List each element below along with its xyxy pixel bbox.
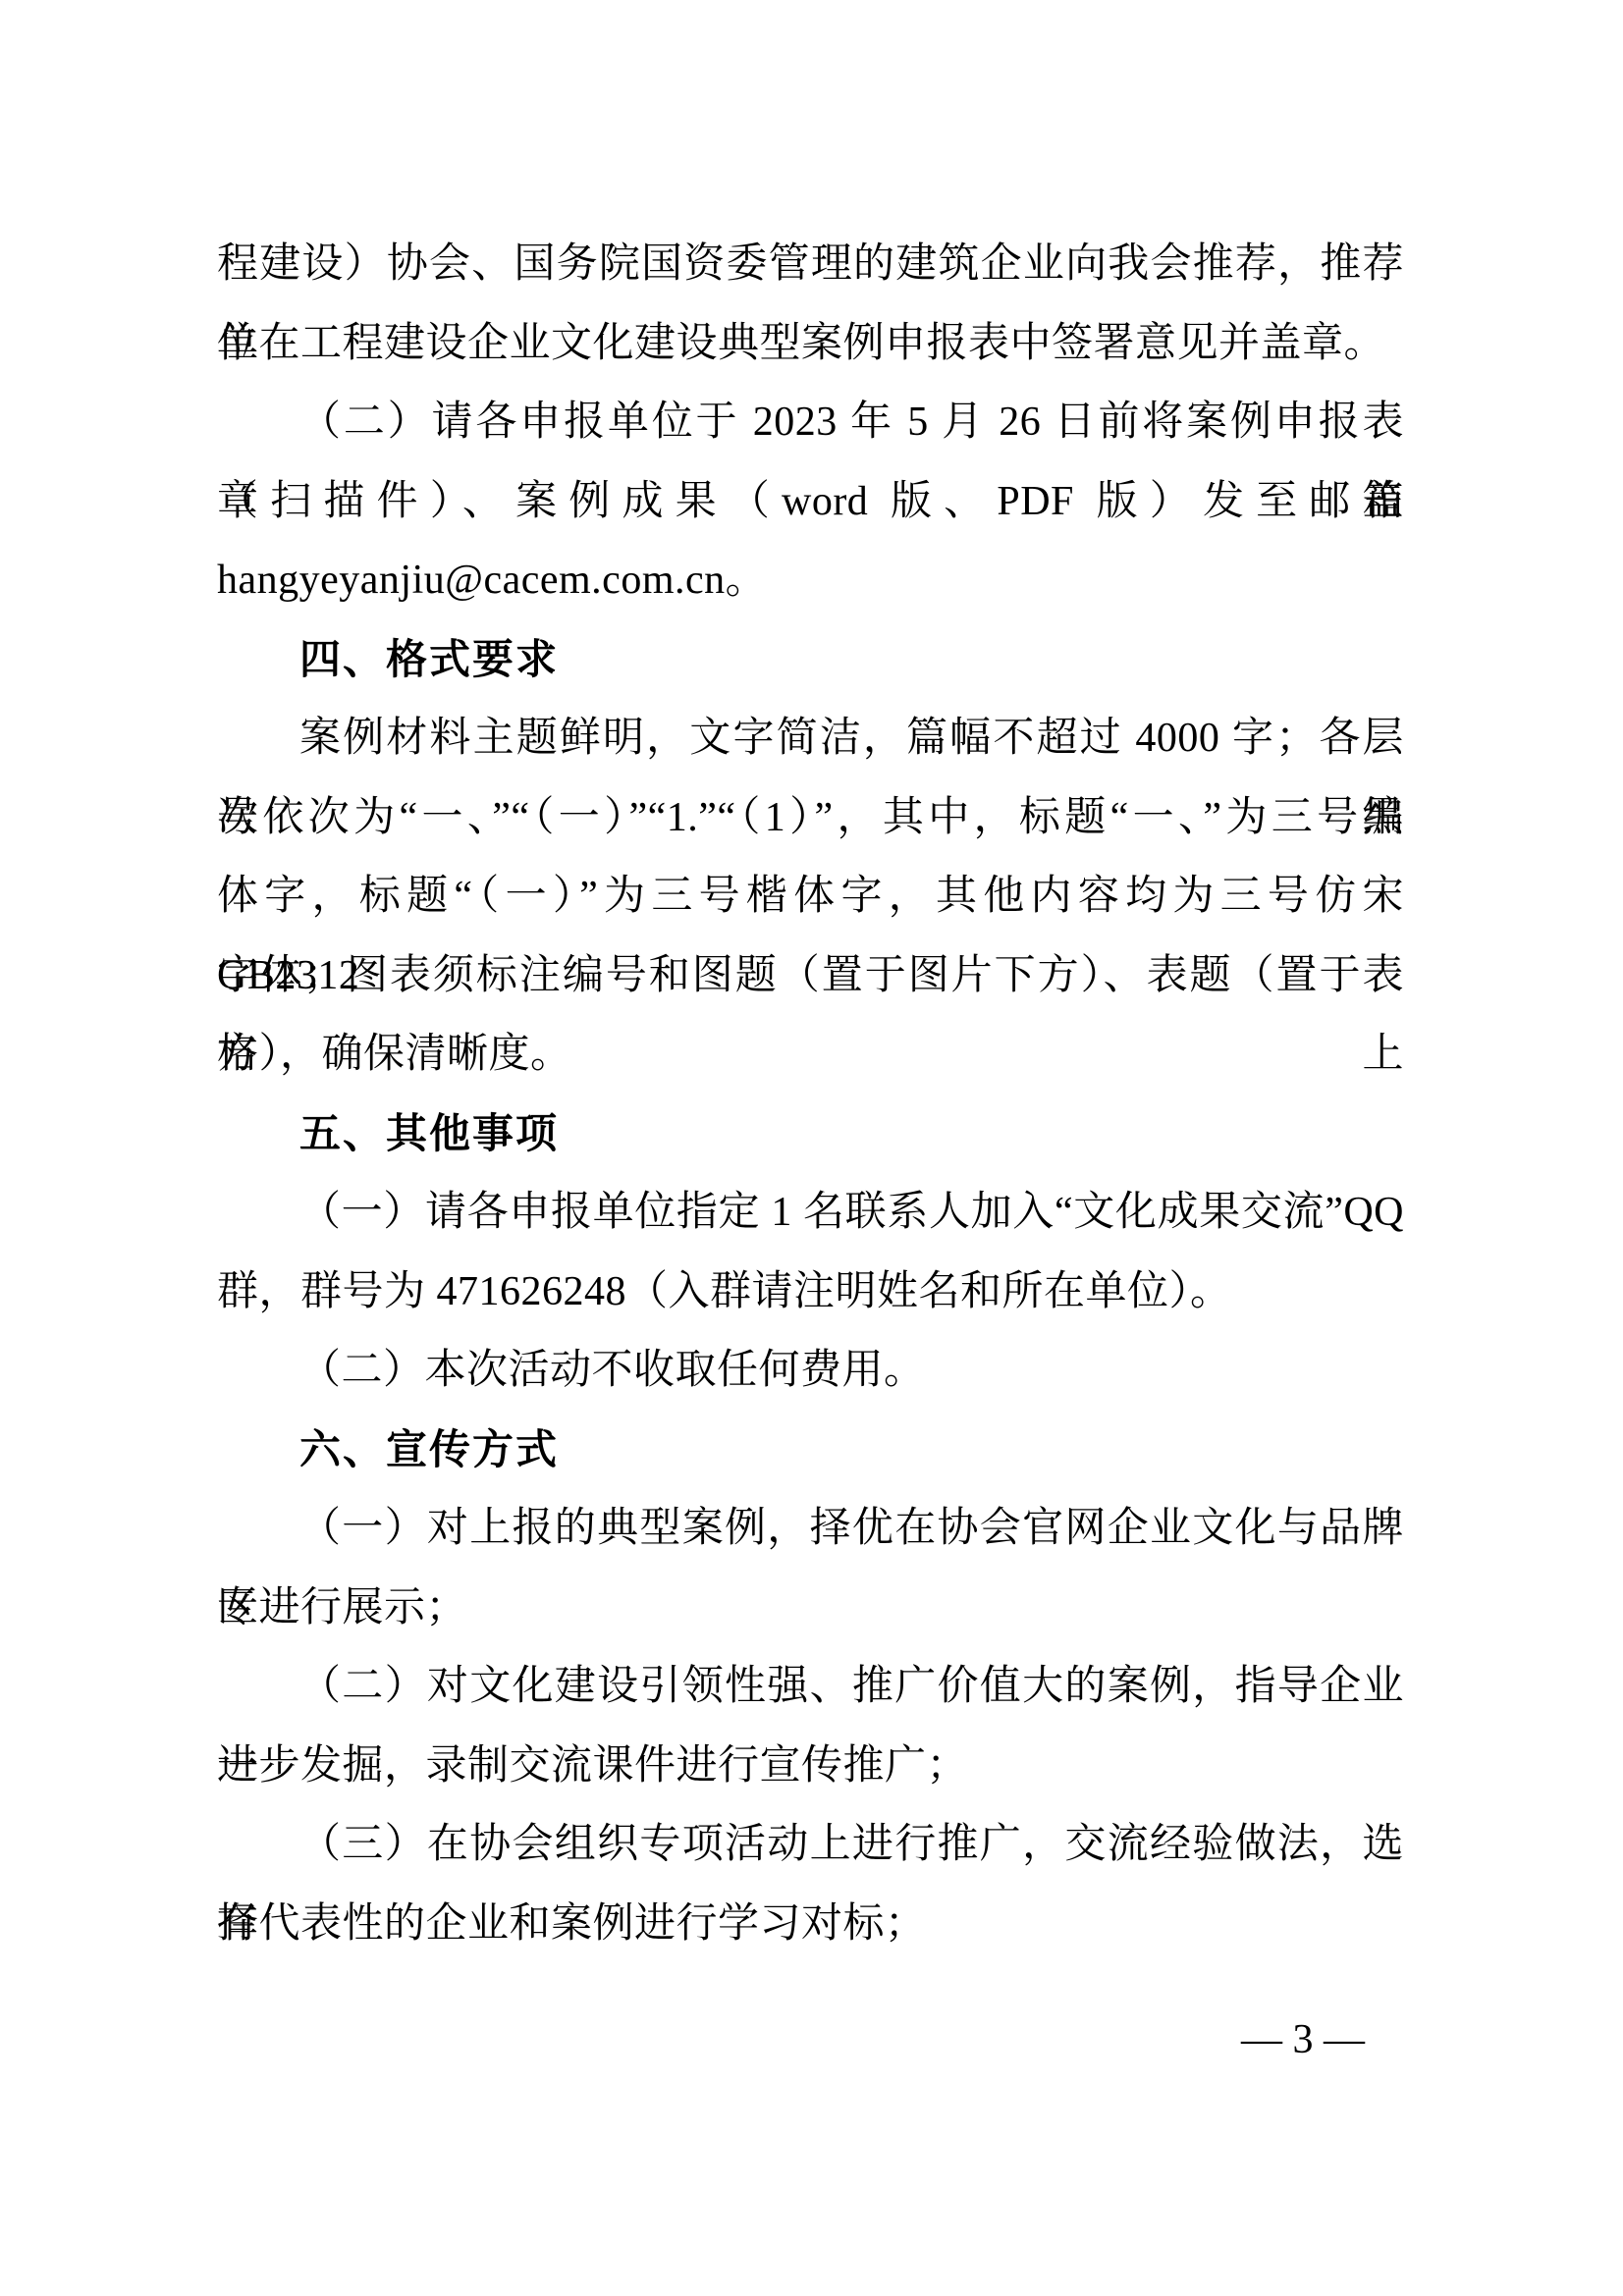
page-number: — 3 — — [1241, 2001, 1365, 2079]
body-line: 程建设）协会、国务院国资委管理的建筑企业向我会推荐，推荐单 — [217, 225, 1404, 304]
section-heading: 五、其他事项 — [217, 1095, 1404, 1174]
body-line: 号依次为“一、”“（一）”“1.”“（1）”，其中，标题“一、”为三号黑 — [217, 778, 1404, 858]
section-heading: 六、宣传方式 — [217, 1411, 1404, 1490]
body-line: （一）对上报的典型案例，择优在协会官网企业文化与品牌专 — [217, 1489, 1404, 1569]
body-line: 区进行展示； — [217, 1569, 1404, 1648]
body-line: （二）本次活动不收取任何费用。 — [217, 1331, 1404, 1411]
body-line: 案例材料主题鲜明，文字简洁，篇幅不超过 4000 字；各层次编 — [217, 699, 1404, 778]
body-line: （三）在协会组织专项活动上进行推广，交流经验做法，选择 — [217, 1805, 1404, 1885]
body-line: 字体；图表须标注编号和图题（置于图片下方）、表题（置于表格上 — [217, 936, 1404, 1016]
body-line: 一步发掘，录制交流课件进行宣传推广； — [217, 1727, 1404, 1806]
body-line: （一）请各申报单位指定 1 名联系人加入“文化成果交流”QQ — [217, 1173, 1404, 1253]
section-heading: 四、格式要求 — [217, 620, 1404, 700]
body-line: 位在工程建设企业文化建设典型案例申报表中签署意见并盖章。 — [217, 304, 1404, 384]
body-line: （二）请各申报单位于 2023 年 5 月 26 日前将案例申报表（盖 — [217, 383, 1404, 462]
body-line: hangyeyanjiu@cacem.com.cn。 — [217, 541, 1404, 620]
body-line: 体字，标题“（一）”为三号楷体字，其他内容均为三号仿宋 GB2312 — [217, 857, 1404, 936]
document-page: 程建设）协会、国务院国资委管理的建筑企业向我会推荐，推荐单位在工程建设企业文化建… — [0, 0, 1623, 2296]
body-line: （二）对文化建设引领性强、推广价值大的案例，指导企业进 — [217, 1647, 1404, 1727]
body-line: 章扫描件）、案例成果（word 版、PDF 版）发至邮箱 — [217, 462, 1404, 542]
body-line: 有代表性的企业和案例进行学习对标； — [217, 1885, 1404, 1964]
document-body: 程建设）协会、国务院国资委管理的建筑企业向我会推荐，推荐单位在工程建设企业文化建… — [217, 225, 1404, 1963]
body-line: 群，群号为 471626248（入群请注明姓名和所在单位）。 — [217, 1253, 1404, 1332]
